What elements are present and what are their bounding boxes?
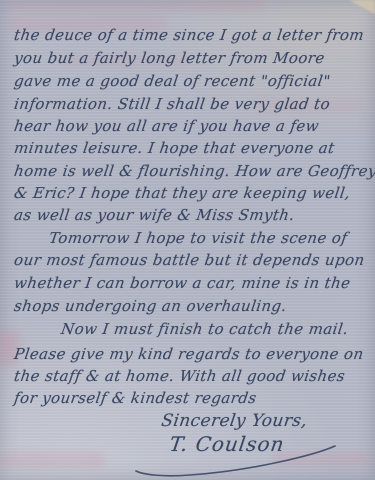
letter-line: information. Still I shall be very glad …	[13, 95, 331, 113]
letter-line: Now I must finish to catch the mail.	[60, 320, 350, 338]
closing-line: Sincerely Yours,	[160, 411, 309, 431]
letter-line: our most famous battle but it depends up…	[13, 251, 366, 269]
letter-line: whether I can borrow a car, mine is in t…	[13, 274, 352, 292]
page-corner-discoloration	[349, 0, 375, 14]
letter-line: & Eric? I hope that they are keeping wel…	[13, 184, 352, 202]
letter-line: the deuce of a time since I got a letter…	[13, 26, 365, 44]
letter-line: shops undergoing an overhauling.	[13, 297, 288, 315]
letter-line: gave me a good deal of recent "official"	[13, 72, 332, 90]
letter-line: Tomorrow I hope to visit the scene of	[48, 229, 349, 247]
letter-line: you but a fairly long letter from Moore	[13, 49, 326, 67]
ink-bleed-mark	[0, 452, 105, 468]
letter-line: home is well & flourishing. How are Geof…	[13, 162, 375, 180]
letter-page: the deuce of a time since I got a letter…	[0, 0, 375, 480]
letter-line: for yourself & kindest regards	[13, 389, 258, 407]
letter-line: minutes leisure. I hope that everyone at	[13, 139, 336, 157]
signature-flourish	[130, 441, 345, 480]
ink-bleed-mark	[6, 2, 266, 10]
letter-line: as well as your wife & Miss Smyth.	[13, 206, 296, 224]
letter-line: the staff & at home. With all good wishe…	[13, 367, 346, 385]
letter-line: hear how you all are if you have a few	[13, 117, 320, 135]
letter-line: Please give my kind regards to everyone …	[13, 345, 365, 363]
